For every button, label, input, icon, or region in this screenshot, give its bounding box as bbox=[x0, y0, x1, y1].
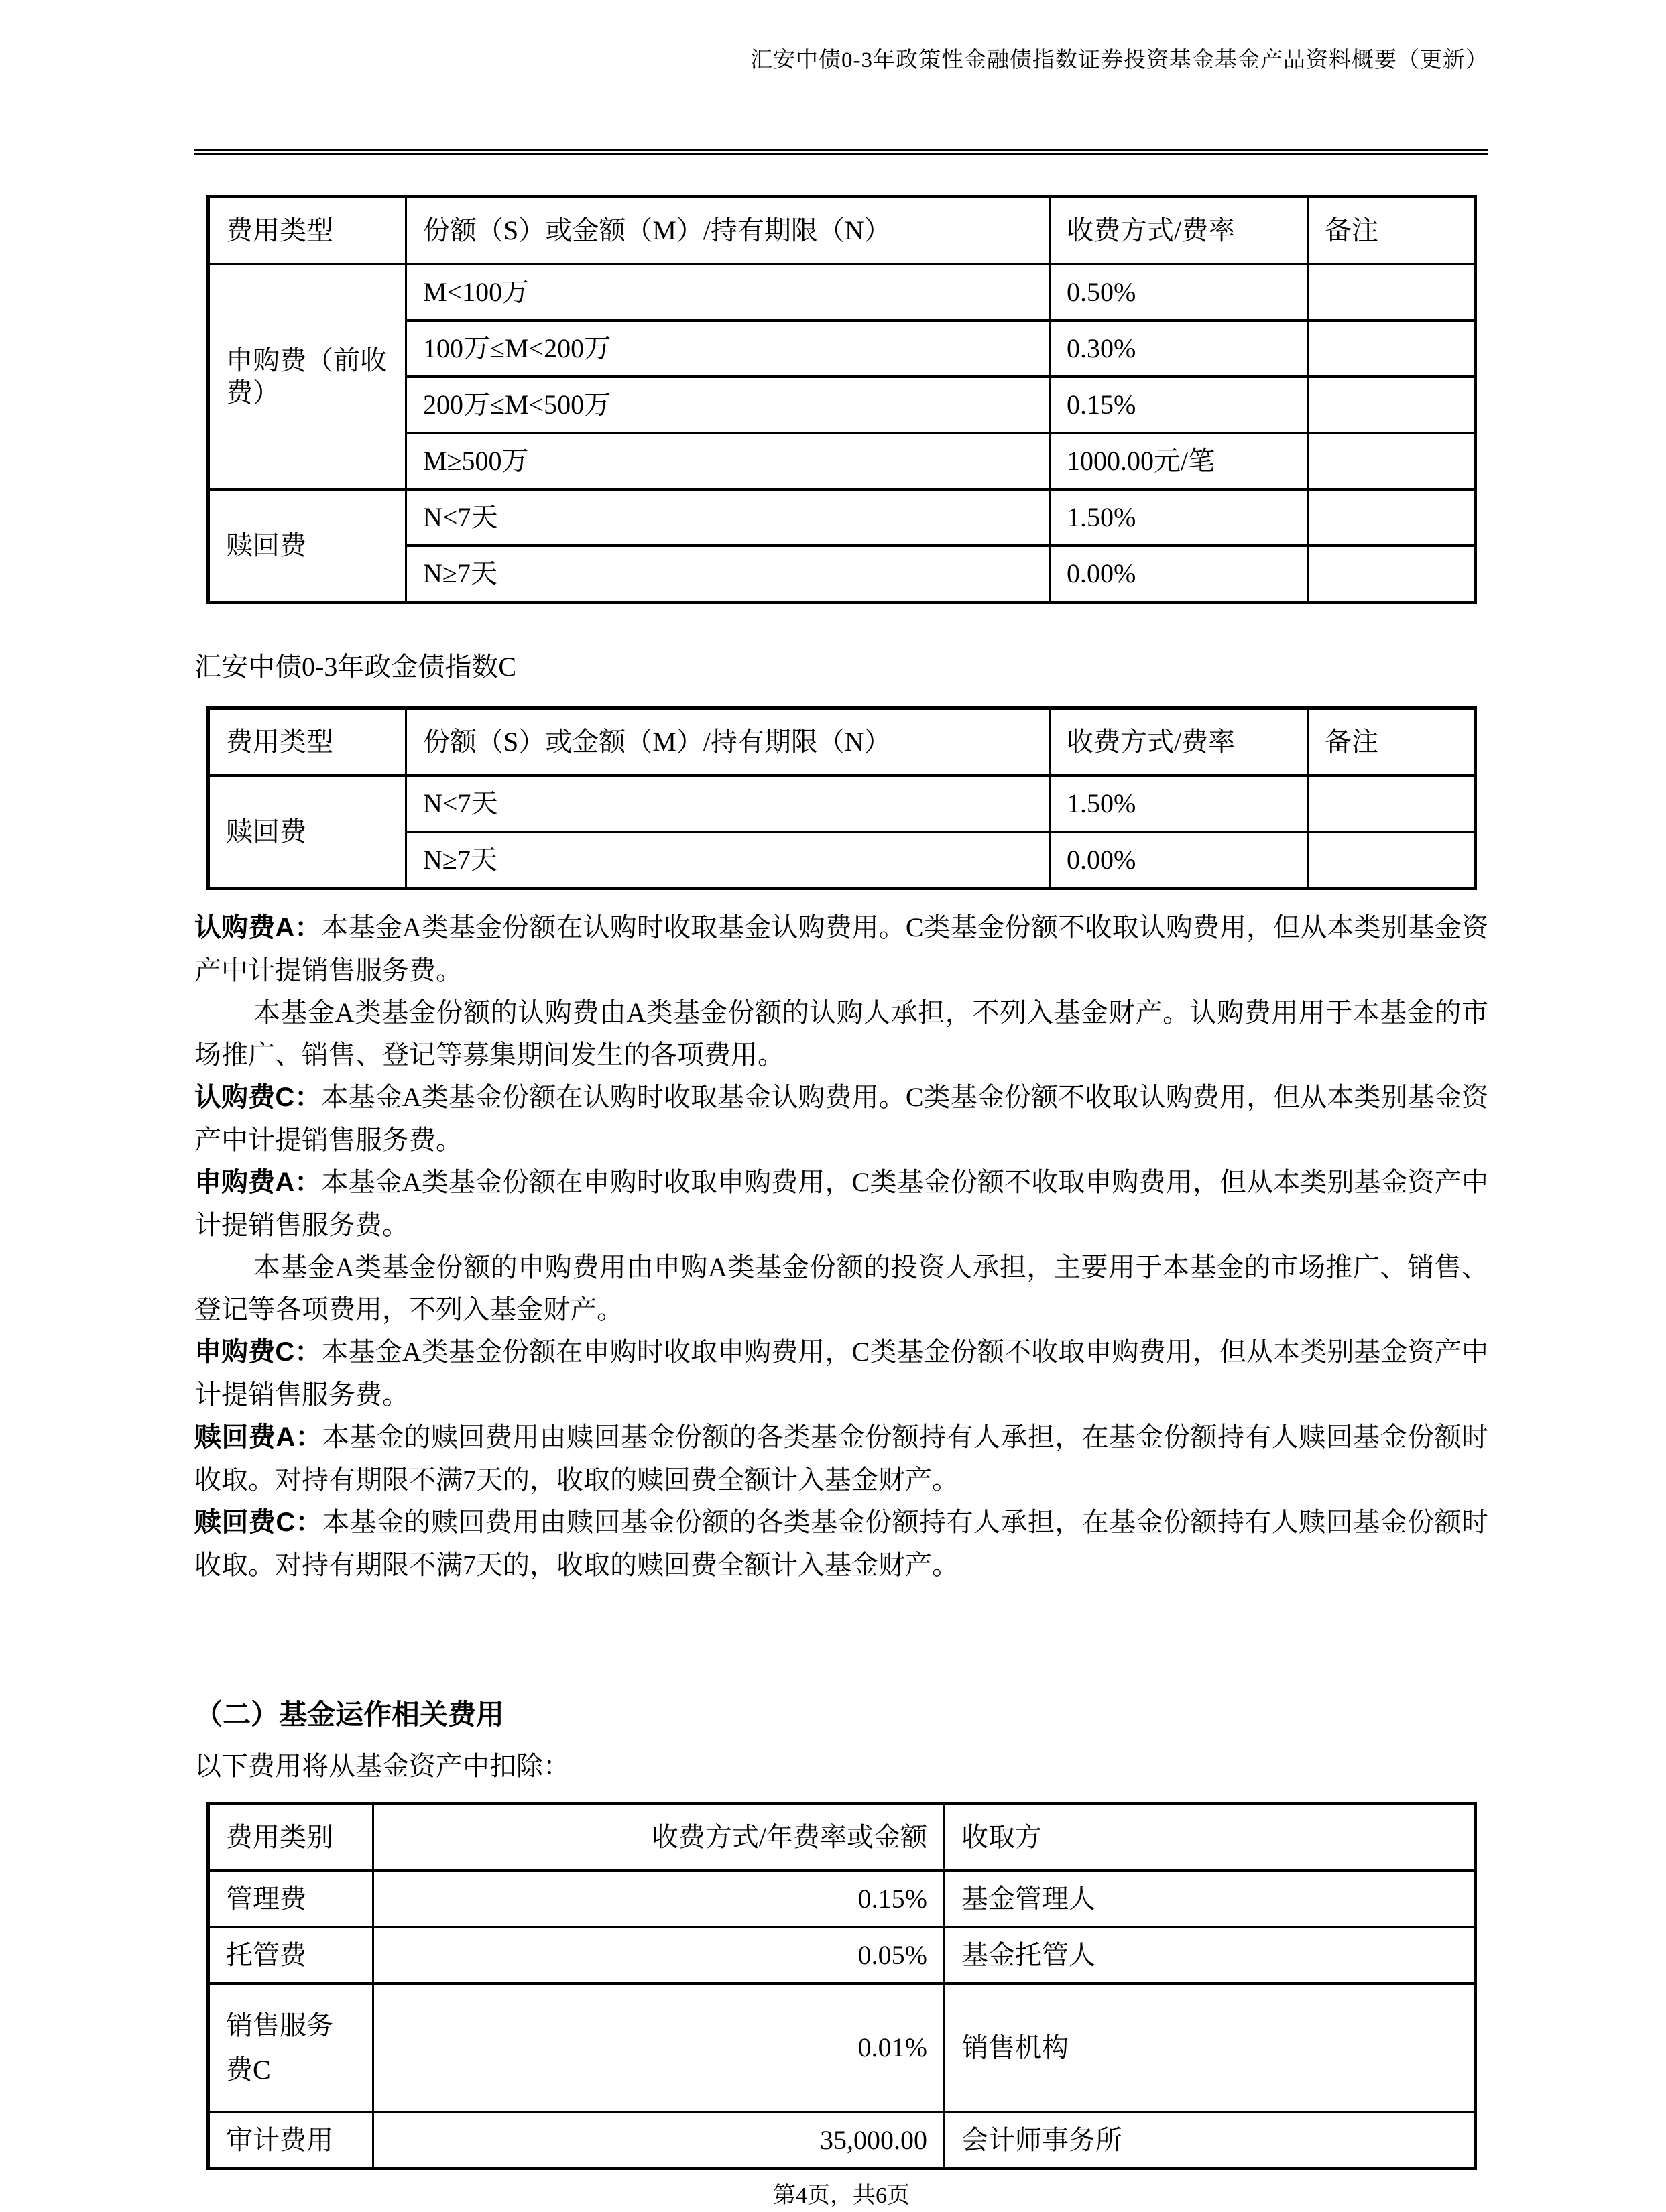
remark-cell bbox=[1308, 264, 1476, 320]
fee-recipient-cell: 销售机构 bbox=[945, 1983, 1476, 2112]
table-row: 管理费 0.15% 基金管理人 bbox=[209, 1871, 1476, 1927]
fee-note-text: 本基金的赎回费用由赎回基金份额的各类基金份额持有人承担，在基金份额持有人赎回基金… bbox=[194, 1507, 1488, 1580]
table-row: 审计费用 35,000.00 会计师事务所 bbox=[209, 2112, 1476, 2169]
fee-type-cell: 赎回费 bbox=[209, 489, 406, 603]
fee-note-text: 本基金A类基金份额在申购时收取申购费用，C类基金份额不收取申购费用，但从本类别基… bbox=[194, 1337, 1488, 1410]
column-header-recipient: 收取方 bbox=[945, 1804, 1476, 1871]
fee-amount-cell: 0.15% bbox=[373, 1871, 945, 1927]
header-title: 汇安中债0-3年政策性金融债指数证券投资基金基金产品资料概要（更新） bbox=[750, 48, 1488, 72]
column-header-remark: 备注 bbox=[1308, 709, 1476, 776]
fee-tier-cell: N<7天 bbox=[406, 776, 1050, 832]
table-row: 托管费 0.05% 基金托管人 bbox=[209, 1927, 1476, 1983]
fee-tier-cell: M≥500万 bbox=[406, 433, 1050, 489]
remark-cell bbox=[1308, 776, 1476, 832]
fee-rate-cell: 1.50% bbox=[1050, 489, 1308, 546]
page-header: 汇安中债0-3年政策性金融债指数证券投资基金基金产品资料概要（更新） bbox=[194, 47, 1488, 149]
fee-note-label: 赎回费C： bbox=[194, 1508, 322, 1537]
fee-category-cell: 审计费用 bbox=[209, 2112, 373, 2169]
fee-category-cell: 管理费 bbox=[209, 1871, 373, 1927]
table-header-row: 费用类别 收费方式/年费率或金额 收取方 bbox=[209, 1804, 1476, 1871]
remark-cell bbox=[1308, 489, 1476, 546]
fee-tier-cell: 100万≤M<200万 bbox=[406, 320, 1050, 377]
remark-cell bbox=[1308, 433, 1476, 489]
fee-rate-cell: 0.15% bbox=[1050, 377, 1308, 433]
fee-note-label: 认购费C： bbox=[194, 1083, 321, 1112]
fee-rate-cell: 0.00% bbox=[1050, 832, 1308, 889]
fee-rate-cell: 0.50% bbox=[1050, 264, 1308, 320]
fee-recipient-cell: 基金托管人 bbox=[945, 1927, 1476, 1983]
table-row: 申购费（前收费） M<100万 0.50% bbox=[209, 264, 1476, 320]
fee-tier-cell: N≥7天 bbox=[406, 832, 1050, 889]
fee-note-paragraph: 申购费A：本基金A类基金份额在申购时收取申购费用，C类基金份额不收取申购费用，但… bbox=[194, 1161, 1488, 1246]
table-row: 赎回费 N<7天 1.50% bbox=[209, 776, 1476, 832]
fee-tier-cell: M<100万 bbox=[406, 264, 1050, 320]
fee-note-label: 认购费A： bbox=[194, 913, 321, 942]
fee-amount-cell: 0.05% bbox=[373, 1927, 945, 1983]
fee-note-paragraph: 赎回费A：本基金的赎回费用由赎回基金份额的各类基金份额持有人承担，在基金份额持有… bbox=[194, 1416, 1488, 1501]
column-header-fee-type: 费用类型 bbox=[209, 709, 406, 776]
fee-note-paragraph: 认购费A：本基金A类基金份额在认购时收取基金认购费用。C类基金份额不收取认购费用… bbox=[194, 906, 1488, 991]
fee-note-text: 本基金A类基金份额在申购时收取申购费用，C类基金份额不收取申购费用，但从本类别基… bbox=[194, 1167, 1488, 1240]
section-intro: 以下费用将从基金资产中扣除： bbox=[194, 1745, 1488, 1787]
column-header-tier: 份额（S）或金额（M）/持有期限（N） bbox=[406, 197, 1050, 265]
fee-note-text: 本基金A类基金份额的申购费用由申购A类基金份额的投资人承担，主要用于本基金的市场… bbox=[194, 1252, 1488, 1325]
column-header-fee-category: 费用类别 bbox=[209, 1804, 373, 1871]
document-page: 汇安中债0-3年政策性金融债指数证券投资基金基金产品资料概要（更新） 费用类型 … bbox=[0, 0, 1666, 2212]
column-header-fee-type: 费用类型 bbox=[209, 197, 406, 265]
fee-note-paragraph: 本基金A类基金份额的认购费由A类基金份额的认购人承担，不列入基金财产。认购费用用… bbox=[194, 991, 1488, 1076]
operating-fee-table: 费用类别 收费方式/年费率或金额 收取方 管理费 0.15% 基金管理人 托管费… bbox=[206, 1802, 1477, 2170]
fee-note-label: 申购费C： bbox=[194, 1337, 321, 1367]
remark-cell bbox=[1308, 832, 1476, 889]
table-row: 销售服务费C 0.01% 销售机构 bbox=[209, 1983, 1476, 2112]
column-header-rate: 收费方式/费率 bbox=[1050, 197, 1308, 265]
fee-tier-cell: N≥7天 bbox=[406, 546, 1050, 603]
fee-category-cell: 销售服务费C bbox=[209, 1983, 373, 2112]
page-footer: 第4页，共6页 bbox=[194, 2181, 1488, 2211]
fee-category-cell: 托管费 bbox=[209, 1927, 373, 1983]
share-class-c-title: 汇安中债0-3年政金债指数C bbox=[194, 646, 1488, 688]
fee-table-share-c: 费用类型 份额（S）或金额（M）/持有期限（N） 收费方式/费率 备注 赎回费 … bbox=[206, 706, 1477, 890]
fee-note-text: 本基金A类基金份额在认购时收取基金认购费用。C类基金份额不收取认购费用，但从本类… bbox=[194, 1082, 1488, 1155]
column-header-method: 收费方式/年费率或金额 bbox=[373, 1804, 945, 1871]
fee-tier-cell: 200万≤M<500万 bbox=[406, 377, 1050, 433]
fee-note-label: 申购费A： bbox=[194, 1168, 321, 1197]
table-header-row: 费用类型 份额（S）或金额（M）/持有期限（N） 收费方式/费率 备注 bbox=[209, 197, 1476, 265]
fee-note-paragraph: 赎回费C：本基金的赎回费用由赎回基金份额的各类基金份额持有人承担，在基金份额持有… bbox=[194, 1501, 1488, 1586]
fee-note-text: 本基金的赎回费用由赎回基金份额的各类基金份额持有人承担，在基金份额持有人赎回基金… bbox=[194, 1422, 1488, 1495]
fee-note-paragraph: 申购费C：本基金A类基金份额在申购时收取申购费用，C类基金份额不收取申购费用，但… bbox=[194, 1331, 1488, 1416]
fee-note-label: 赎回费A： bbox=[194, 1422, 322, 1452]
fee-rate-cell: 0.00% bbox=[1050, 546, 1308, 603]
fee-rate-cell: 1.50% bbox=[1050, 776, 1308, 832]
table-row: 赎回费 N<7天 1.50% bbox=[209, 489, 1476, 546]
fee-note-paragraph: 认购费C：本基金A类基金份额在认购时收取基金认购费用。C类基金份额不收取认购费用… bbox=[194, 1076, 1488, 1161]
fee-notes: 认购费A：本基金A类基金份额在认购时收取基金认购费用。C类基金份额不收取认购费用… bbox=[194, 906, 1488, 1586]
column-header-remark: 备注 bbox=[1308, 197, 1476, 265]
fee-note-text: 本基金A类基金份额的认购费由A类基金份额的认购人承担，不列入基金财产。认购费用用… bbox=[194, 997, 1488, 1070]
fee-note-text: 本基金A类基金份额在认购时收取基金认购费用。C类基金份额不收取认购费用，但从本类… bbox=[194, 912, 1488, 985]
header-rule bbox=[194, 149, 1488, 155]
fee-rate-cell: 1000.00元/笔 bbox=[1050, 433, 1308, 489]
column-header-tier: 份额（S）或金额（M）/持有期限（N） bbox=[406, 709, 1050, 776]
fee-tier-cell: N<7天 bbox=[406, 489, 1050, 546]
fee-amount-cell: 35,000.00 bbox=[373, 2112, 945, 2169]
fee-amount-cell: 0.01% bbox=[373, 1983, 945, 2112]
fee-recipient-cell: 会计师事务所 bbox=[945, 2112, 1476, 2169]
table-header-row: 费用类型 份额（S）或金额（M）/持有期限（N） 收费方式/费率 备注 bbox=[209, 709, 1476, 776]
fee-type-cell: 赎回费 bbox=[209, 776, 406, 889]
remark-cell bbox=[1308, 546, 1476, 603]
remark-cell bbox=[1308, 377, 1476, 433]
remark-cell bbox=[1308, 320, 1476, 377]
fee-recipient-cell: 基金管理人 bbox=[945, 1871, 1476, 1927]
fee-table-share-a: 费用类型 份额（S）或金额（M）/持有期限（N） 收费方式/费率 备注 申购费（… bbox=[206, 195, 1477, 604]
column-header-rate: 收费方式/费率 bbox=[1050, 709, 1308, 776]
fee-rate-cell: 0.30% bbox=[1050, 320, 1308, 377]
fee-note-paragraph: 本基金A类基金份额的申购费用由申购A类基金份额的投资人承担，主要用于本基金的市场… bbox=[194, 1246, 1488, 1331]
section-heading: （二）基金运作相关费用 bbox=[194, 1693, 1488, 1735]
fee-type-cell: 申购费（前收费） bbox=[209, 264, 406, 489]
